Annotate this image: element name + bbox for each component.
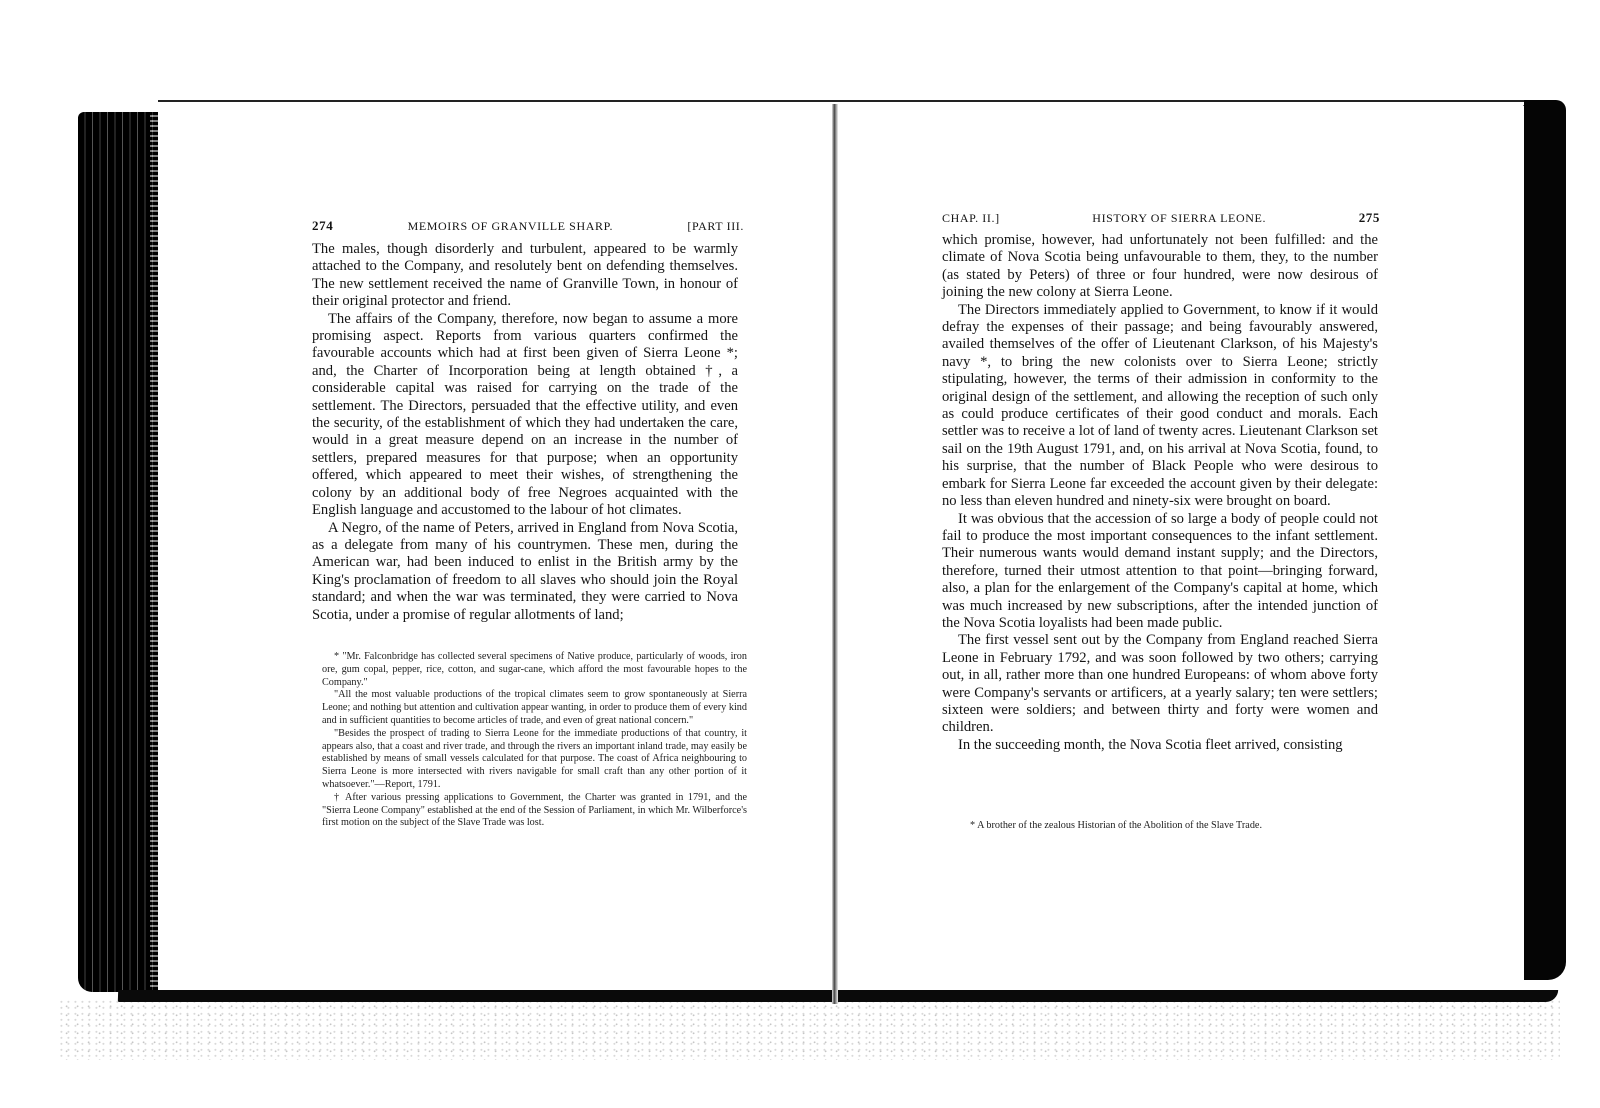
chapter-label: CHAP. II.] — [942, 211, 1000, 226]
page-number: 274 — [312, 218, 333, 234]
footnote: "Besides the prospect of trading to Sier… — [322, 728, 747, 792]
paragraph: It was obvious that the accession of so … — [942, 511, 1378, 633]
paragraph: The first vessel sent out by the Company… — [942, 632, 1378, 736]
footnote: "All the most valuable productions of th… — [322, 689, 747, 727]
right-page-block-edge — [1524, 100, 1566, 980]
left-footnotes: * "Mr. Falconbridge has collected severa… — [322, 651, 747, 830]
paragraph: The affairs of the Company, therefore, n… — [312, 311, 738, 520]
right-running-head: CHAP. II.] HISTORY OF SIERRA LEONE. 275 — [942, 210, 1380, 226]
part-label: [PART III. — [687, 219, 744, 234]
right-page: CHAP. II.] HISTORY OF SIERRA LEONE. 275 … — [838, 104, 1523, 990]
page-number: 275 — [1359, 210, 1380, 226]
left-body-text: The males, though disorderly and turbule… — [312, 241, 738, 624]
paragraph: which promise, however, had unfortunatel… — [942, 232, 1378, 302]
paragraph: A Negro, of the name of Peters, arrived … — [312, 520, 738, 624]
running-title: HISTORY OF SIERRA LEONE. — [1092, 211, 1266, 226]
paragraph: The males, though disorderly and turbule… — [312, 241, 738, 311]
left-page-block-edge — [78, 112, 158, 992]
footnote: † After various pressing applications to… — [322, 792, 747, 830]
footnote: * A brother of the zealous Historian of … — [958, 820, 1378, 833]
scan-noise — [60, 1000, 1560, 1060]
left-running-head: 274 MEMOIRS OF GRANVILLE SHARP. [PART II… — [312, 218, 744, 234]
right-footnotes: * A brother of the zealous Historian of … — [958, 820, 1378, 833]
footnote: * "Mr. Falconbridge has collected severa… — [322, 651, 747, 689]
right-body-text: which promise, however, had unfortunatel… — [942, 232, 1378, 754]
running-title: MEMOIRS OF GRANVILLE SHARP. — [408, 219, 614, 234]
paragraph: The Directors immediately applied to Gov… — [942, 302, 1378, 511]
left-page: 274 MEMOIRS OF GRANVILLE SHARP. [PART II… — [158, 104, 833, 990]
open-book: 274 MEMOIRS OF GRANVILLE SHARP. [PART II… — [78, 100, 1566, 1008]
paragraph: In the succeeding month, the Nova Scotia… — [942, 737, 1378, 754]
